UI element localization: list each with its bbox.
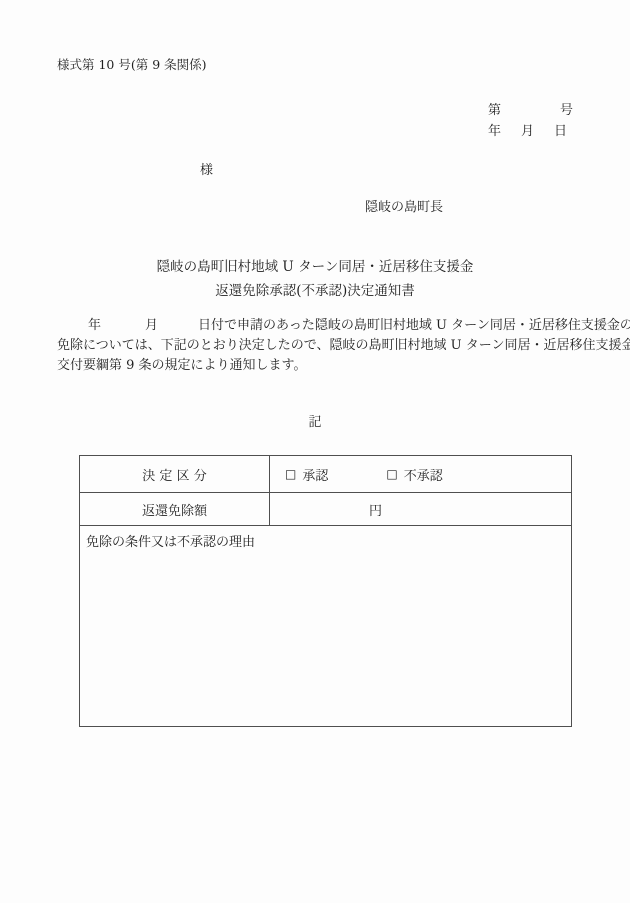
body-line-2: 免除については、下記のとおり決定したので、隠岐の島町旧村地域 U ターン同居・近… — [57, 336, 573, 356]
doc-number-suffix: 号 — [560, 99, 573, 118]
body-year-blank: 年 — [88, 318, 101, 333]
date-year-label: 年 — [488, 120, 501, 139]
body-line-1: 年月日付で申請のあった隠岐の島町旧村地域 U ターン同居・近居移住支援金の返還 — [57, 316, 573, 336]
body-line-3: 交付要綱第 9 条の規定により通知します。 — [57, 356, 573, 376]
disapprove-label: 不承認 — [404, 465, 443, 484]
form-number: 様式第 10 号(第 9 条関係) — [57, 55, 207, 73]
document-page: 様式第 10 号(第 9 条関係) 第 号 年 月 日 様 隠岐の島町長 隠岐の… — [0, 0, 630, 903]
date-line: 年 月 日 — [488, 120, 567, 139]
exemption-amount-header: 返還免除額 — [80, 493, 270, 525]
date-month-label: 月 — [521, 120, 534, 139]
table-row-decision: 決 定 区 分 □ 承認 □ 不承認 — [80, 456, 571, 492]
table-row-amount: 返還免除額 円 — [80, 492, 571, 525]
recipient-honorific: 様 — [200, 159, 213, 178]
approve-label: 承認 — [302, 465, 328, 484]
body-month-blank: 月 — [145, 318, 158, 333]
approve-option: □ 承認 — [285, 465, 328, 484]
doc-number-prefix: 第 — [488, 99, 501, 118]
doc-number-line: 第 号 — [488, 99, 573, 118]
body-paragraph: 年月日付で申請のあった隠岐の島町旧村地域 U ターン同居・近居移住支援金の返還 … — [57, 316, 573, 376]
table-row-reason: 免除の条件又は不承認の理由 — [80, 525, 571, 726]
amount-unit-label: 円 — [270, 493, 571, 525]
document-title-line2: 返還免除承認(不承認)決定通知書 — [0, 279, 630, 299]
decision-category-header: 決 定 区 分 — [80, 456, 270, 492]
record-marker: 記 — [0, 411, 630, 430]
disapprove-option: □ 不承認 — [386, 465, 442, 484]
sender-name: 隠岐の島町長 — [365, 196, 443, 215]
exemption-reason-header: 免除の条件又は不承認の理由 — [80, 526, 571, 726]
approve-checkbox-icon: □ — [285, 467, 296, 481]
decision-options-cell: □ 承認 □ 不承認 — [270, 456, 571, 492]
date-day-label: 日 — [554, 120, 567, 139]
disapprove-checkbox-icon: □ — [386, 467, 397, 481]
decision-table: 決 定 区 分 □ 承認 □ 不承認 返還免除額 円 免除の条件又は不承認の理由 — [79, 455, 572, 727]
document-title-line1: 隠岐の島町旧村地域 U ターン同居・近居移住支援金 — [0, 255, 630, 275]
body-line-1-text: 日付で申請のあった隠岐の島町旧村地域 U ターン同居・近居移住支援金の返還 — [198, 318, 630, 333]
